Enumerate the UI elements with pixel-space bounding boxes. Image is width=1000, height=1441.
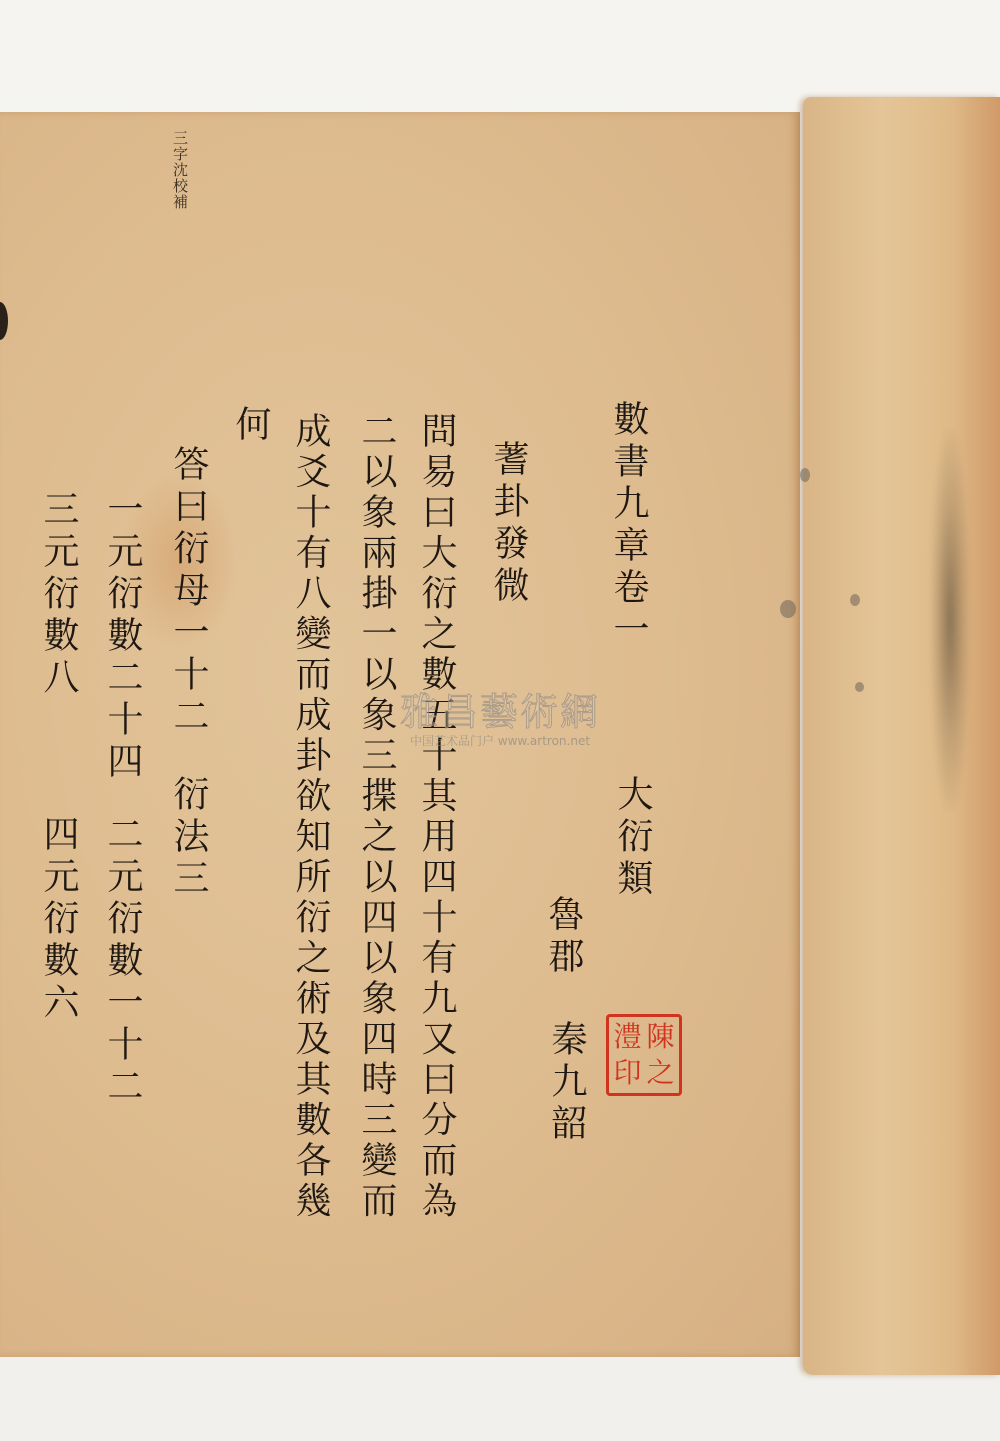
seal-char: 印 xyxy=(611,1055,644,1091)
author-place: 魯郡 xyxy=(545,895,581,979)
stain-dot xyxy=(850,594,860,606)
rolled-page-edge xyxy=(803,97,1000,1375)
stain-dot xyxy=(780,600,796,618)
answer-method: 衍法三 xyxy=(170,775,206,901)
watermark-url: 中国艺术品门户 www.artron.net xyxy=(400,734,600,748)
section-title: 大衍類 xyxy=(614,775,650,901)
yuan-2-value: 二元衍數一十二 xyxy=(104,815,140,1109)
question-line-3: 成爻十有八變而成卦欲知所衍之術及其數各幾 xyxy=(292,412,328,1222)
author-name: 秦九韶 xyxy=(548,1020,584,1146)
yuan-3-value: 三元衍數八 xyxy=(40,490,76,700)
watermark: 雅昌藝術網 中国艺术品门户 www.artron.net xyxy=(400,690,600,752)
stain-dot xyxy=(855,682,864,692)
answer-line: 答曰衍母一十二 xyxy=(170,445,206,739)
question-line-4: 何 xyxy=(232,405,268,447)
ink-bleed-stain xyxy=(930,430,970,810)
question-line-2: 二以象兩掛一以象三揲之以四以象四時三變而 xyxy=(358,412,394,1222)
binding-mark xyxy=(0,302,8,340)
margin-note: 三字沈校補 xyxy=(172,130,187,210)
yuan-1-value: 一元衍數二十四 xyxy=(104,490,140,784)
seal-char: 之 xyxy=(644,1055,677,1091)
watermark-title: 雅昌藝術網 xyxy=(400,690,600,734)
seal-char: 澧 xyxy=(611,1019,644,1055)
stain-dot xyxy=(800,468,810,482)
book-title: 數書九章卷一 xyxy=(610,400,646,652)
seal-char: 陳 xyxy=(644,1019,677,1055)
yuan-4-value: 四元衍數六 xyxy=(40,815,76,1025)
question-line-1: 問易曰大衍之數五十其用四十有九又曰分而為 xyxy=(418,412,454,1222)
problem-title: 蓍卦發微 xyxy=(490,440,526,608)
red-seal-stamp: 澧 陳 印 之 xyxy=(606,1014,682,1096)
